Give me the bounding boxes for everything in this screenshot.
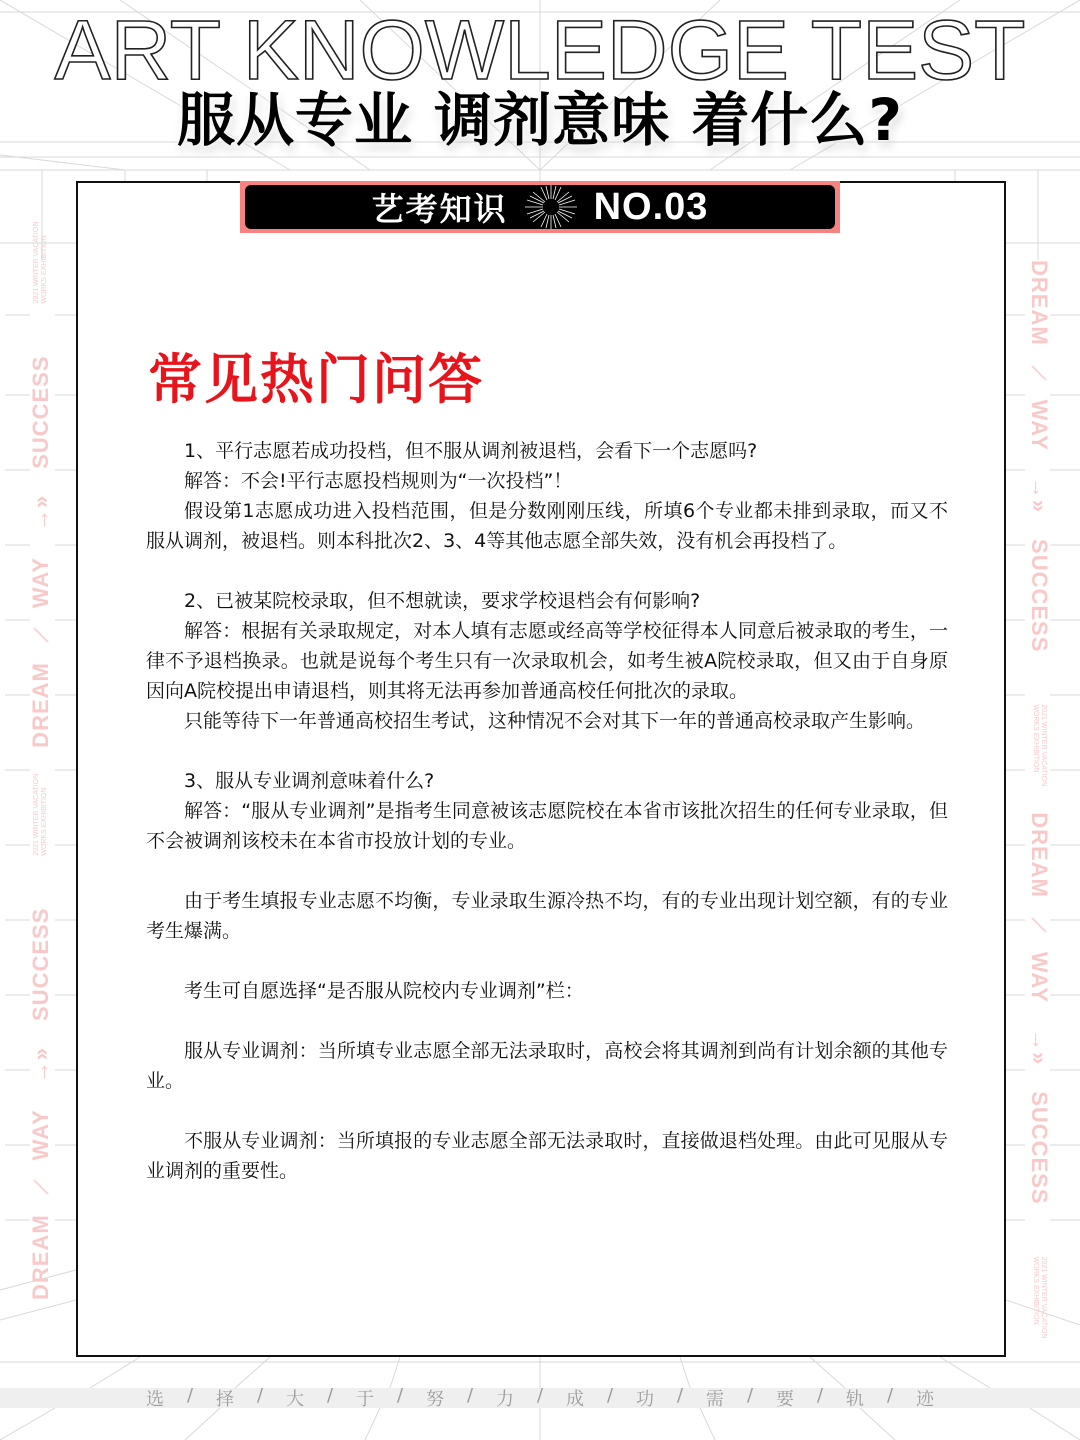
diamond-icon	[33, 627, 49, 643]
spacer	[146, 556, 948, 586]
deco-word-success: SUCCESS	[28, 908, 54, 1021]
deco-word-success: SUCCESS	[1026, 539, 1052, 652]
deco-word-success: SUCCESS	[28, 355, 54, 468]
deco-word-dream: DREAM	[1026, 812, 1052, 898]
diamond-icon	[33, 1180, 49, 1196]
sunburst-icon	[524, 184, 578, 230]
footer-slogan-band: 选 / 择 / 大 / 于 / 努 / 力 / 成 / 功 / 需 / 要 / …	[0, 1388, 1080, 1408]
section-title: 常见热门问答	[148, 345, 484, 415]
question-2: 2、已被某院校录取，但不想就读，要求学校退档会有何影响?	[146, 586, 948, 616]
question-1: 1、平行志愿若成功投档，但不服从调剂被退档，会看下一个志愿吗?	[146, 436, 948, 466]
deco-word-success: SUCCESS	[1026, 1091, 1052, 1204]
arrow-icon: →»	[28, 1047, 54, 1083]
spacer	[146, 1096, 948, 1126]
answer-3-not-obey: 不服从专业调剂：当所填报的专业志愿全部无法录取时，直接做退档处理。由此可见服从专…	[146, 1126, 948, 1186]
deco-small-text: 2021 WINTER VACATIONWORKS EXHIBITION	[33, 222, 49, 304]
chinese-headline: 服从专业 调剂意味 着什么?	[0, 84, 1080, 156]
footer-slogan: 选 / 择 / 大 / 于 / 努 / 力 / 成 / 功 / 需 / 要 / …	[138, 1385, 943, 1411]
deco-small-text: 2021 WINTER VACATIONWORKS EXHIBITION	[1031, 1257, 1047, 1339]
answer-3: 解答：“服从专业调剂”是指考生同意被该志愿院校在本省市该批次招生的任何专业录取，…	[146, 796, 948, 856]
answer-2: 解答：根据有关录取规定，对本人填有志愿或经高等学校征得本人同意后被录取的考生，一…	[146, 616, 948, 706]
spacer	[146, 856, 948, 886]
diamond-icon	[1031, 365, 1047, 381]
deco-word-way: WAY	[28, 557, 54, 608]
spacer	[146, 946, 948, 976]
arrow-icon: →»	[1026, 1029, 1052, 1065]
diamond-icon	[1031, 917, 1047, 933]
english-headline: ART KNOWLEDGE TEST	[0, 8, 1080, 92]
deco-word-way: WAY	[28, 1109, 54, 1160]
arrow-icon: →»	[1026, 477, 1052, 513]
deco-word-way: WAY	[1026, 952, 1052, 1003]
spacer	[146, 1006, 948, 1036]
left-side-decoration: DREAM WAY →» SUCCESS 2021 WINTER VACATIO…	[26, 260, 56, 1300]
arrow-icon: →»	[28, 495, 54, 531]
answer-1-intro: 解答：不会!平行志愿投档规则为“一次投档”！	[146, 466, 948, 496]
deco-word-dream: DREAM	[28, 1214, 54, 1300]
spacer	[146, 736, 948, 766]
question-3: 3、服从专业调剂意味着什么?	[146, 766, 948, 796]
badge-number: NO.03	[594, 186, 709, 229]
right-side-decoration: DREAM WAY →» SUCCESS 2021 WINTER VACATIO…	[1024, 260, 1054, 1300]
answer-3-obey: 服从专业调剂：当所填专业志愿全部无法录取时，高校会将其调剂到尚有计划余额的其他专…	[146, 1036, 948, 1096]
badge-label: 艺考知识	[372, 184, 508, 230]
answer-1-detail: 假设第1志愿成功进入投档范围，但是分数刚刚压线，所填6个专业都未排到录取，而又不…	[146, 496, 948, 556]
deco-small-text: 2021 WINTER VACATIONWORKS EXHIBITION	[1031, 704, 1047, 786]
deco-word-dream: DREAM	[28, 662, 54, 748]
answer-3-option-intro: 考生可自愿选择“是否服从院校内专业调剂”栏：	[146, 976, 948, 1006]
answer-2-detail: 只能等待下一年普通高校招生考试，这种情况不会对其下一年的普通高校录取产生影响。	[146, 706, 948, 736]
deco-word-way: WAY	[1026, 400, 1052, 451]
qa-content: 1、平行志愿若成功投档，但不服从调剂被退档，会看下一个志愿吗? 解答：不会!平行…	[146, 436, 948, 1186]
answer-3-reason: 由于考生填报专业志愿不均衡，专业录取生源冷热不均，有的专业出现计划空额，有的专业…	[146, 886, 948, 946]
deco-small-text: 2021 WINTER VACATIONWORKS EXHIBITION	[33, 774, 49, 856]
topic-badge: 艺考知识 NO.03	[240, 181, 840, 233]
deco-word-dream: DREAM	[1026, 260, 1052, 346]
